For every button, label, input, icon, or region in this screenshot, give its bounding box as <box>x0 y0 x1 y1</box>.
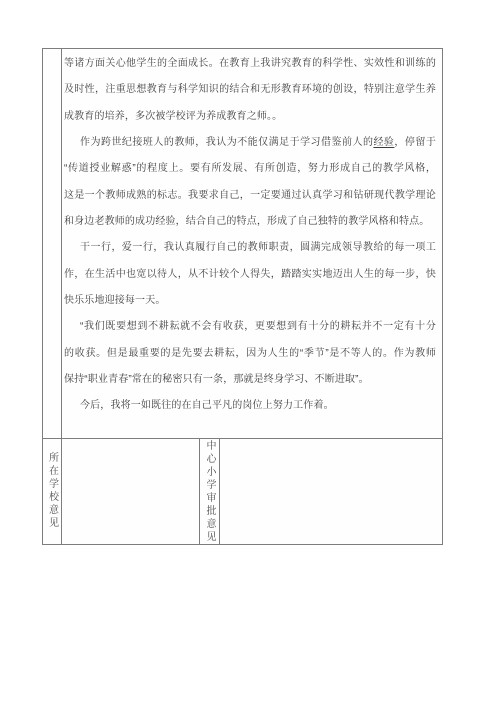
essay-text: 等诸方面关心他学生的全面成长。在教育上我讲究教育的科学性、实效性和训练的及时性，… <box>64 51 436 420</box>
essay-line: 的收获。但是最重要的是先要去耕耘，因为人生的“季节”是不等人的。作为教师 <box>64 341 436 367</box>
self-appraisal-row: 等诸方面关心他学生的全面成长。在教育上我讲究教育的科学性、实效性和训练的及时性，… <box>43 49 442 439</box>
school-opinion-label: 所在学校意见 <box>45 439 60 544</box>
essay-line: 干一行，爱一行，我认真履行自己的教师职责，圆满完成领导教给的每一项工 <box>64 235 436 261</box>
underlined-term: 经验 <box>373 137 394 148</box>
essay-line: 成教育的培养，多次被学校评为养成教育之师。。 <box>64 104 436 130</box>
school-opinion-label-cell: 所在学校意见 <box>43 439 62 544</box>
essay-line: 保持“职业青春”常在的秘密只有一条，那就是终身学习、不断进取”。 <box>64 367 436 393</box>
school-opinion-blank-cell <box>62 439 200 544</box>
essay-line: 作，在生活中也宽以待人，从不计较个人得失，踏踏实实地迈出人生的每一步，快 <box>64 262 436 288</box>
essay-line: 今后，我将一如既往的在自己平凡的岗位上努力工作着。 <box>64 393 436 419</box>
essay-line: “我们既要想到不耕耘就不会有收获，更要想到有十分的耕耘并不一定有十分 <box>64 314 436 340</box>
appraisal-form-table: 等诸方面关心他学生的全面成长。在教育上我讲究教育的科学性、实效性和训练的及时性，… <box>42 48 443 545</box>
row-label-stub-cell <box>43 49 62 438</box>
essay-line: 和身边老教师的成功经验，结合自己的特点，形成了自己独特的教学风格和特点。 <box>64 209 436 235</box>
essay-line: “传道授业解惑”的程度上。要有所发展、有所创造，努力形成自己的教学风格， <box>64 156 436 182</box>
essay-cell: 等诸方面关心他学生的全面成长。在教育上我讲究教育的科学性、实效性和训练的及时性，… <box>62 49 442 438</box>
approval-row: 所在学校意见 中心小学审批意见 <box>43 439 442 544</box>
essay-line: 及时性，注重思想教育与科学知识的结合和无形教育环境的创设，特别注意学生养 <box>64 77 436 103</box>
scanned-form-page: { "page": { "background_color": "#ffffff… <box>0 0 500 707</box>
center-school-blank-cell <box>220 439 442 544</box>
essay-line: 这是一个教师成熟的标志。我要求自己，一定要通过认真学习和钻研现代教学理论 <box>64 183 436 209</box>
essay-line: 快乐乐地迎接每一天。 <box>64 288 436 314</box>
essay-line: 等诸方面关心他学生的全面成长。在教育上我讲究教育的科学性、实效性和训练的 <box>64 51 436 77</box>
center-school-label-cell: 中心小学审批意见 <box>200 439 220 544</box>
center-school-approval-label: 中心小学审批意见 <box>202 439 217 544</box>
essay-line: 作为跨世纪接班人的教师，我认为不能仅满足于学习借鉴前人的经验，停留于 <box>64 130 436 156</box>
